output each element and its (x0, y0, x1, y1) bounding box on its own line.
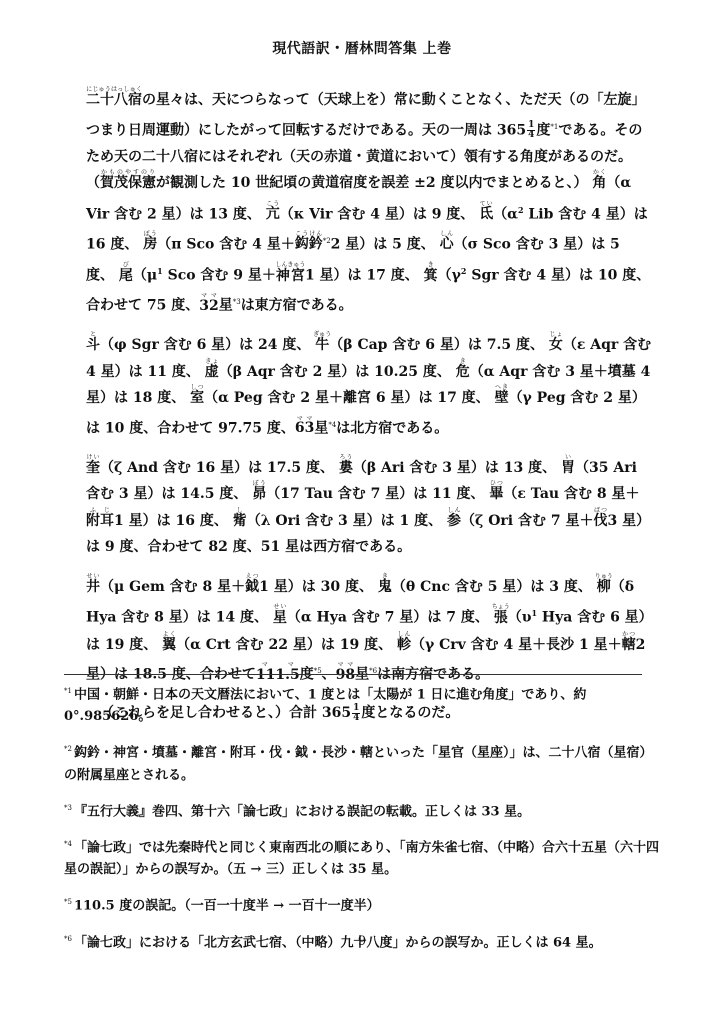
mansion-name: 室しつ (190, 390, 204, 406)
asterism-name: 伐ばつ (593, 513, 607, 529)
footnote-3: *3『五行大義』巻四、第十六「論七政」における誤記の転載。正しくは 33 星。 (64, 797, 664, 823)
footnote-separator (64, 674, 642, 675)
mansion-name: 鬼き (378, 579, 392, 595)
mansion-name: 柳りゅう (597, 579, 611, 595)
mansion-name: 胃い (561, 460, 575, 476)
mansion-name: 虚きょ (205, 364, 219, 380)
paragraph-west: 奎けい（ζ And 含む 16 星）は 17.5 度、 婁ろう（β Ari 含む… (86, 454, 652, 561)
mansion-name: 軫しん (397, 637, 411, 653)
term-kamo-yasunori: 賀茂保憲かものやすのり (100, 175, 156, 191)
mansion-name: 牛ぎゅう (315, 337, 329, 353)
mansion-name: 亢こう (266, 206, 280, 222)
mansion-name: 参しん (447, 513, 461, 529)
number-365: 365 (497, 122, 526, 138)
asterism-name: 鉞えつ (245, 579, 259, 595)
page-number: 9 (0, 934, 724, 949)
footnote-5: *5110.5 度の誤記。（一百一十度半 → 一百十一度半） (64, 891, 664, 917)
mansion-name: 翼よく (162, 637, 176, 653)
mansion-name: 心しん (440, 236, 454, 252)
mansion-name: 氐てい (479, 206, 493, 222)
mansion-name: 昴ぼう (252, 486, 266, 502)
footnote-ref-2[interactable]: *2 (323, 237, 331, 245)
asterism-name: 轄かつ (622, 637, 636, 653)
asterism-name: 神宮しんきゅう (276, 268, 305, 284)
mansion-name: 畢ひつ (489, 486, 503, 502)
mansion-name: 張ちょう (494, 610, 508, 626)
mansion-name: 觜し (233, 513, 247, 529)
footnote-ref-3[interactable]: *3 (233, 298, 241, 306)
mansion-name: 奎けい (86, 460, 100, 476)
mansion-name: 婁ろう (339, 460, 353, 476)
paragraph-north: 斗と（φ Sgr 含む 6 星）は 24 度、 牛ぎゅう（β Cap 含む 6 … (86, 331, 652, 442)
mansion-name: 角かく (592, 175, 606, 191)
footnote-4: *4「論七政」では先秦時代と同じく東南西北の順にあり、「南方朱雀七宿、（中略）合… (64, 833, 664, 881)
paragraph-south: 井せい（μ Gem 含む 8 星＋鉞えつ1 星）は 30 度、 鬼き（θ Cnc… (86, 573, 652, 688)
footnote-2: *2鈎鈐・神宮・墳墓・離宮・附耳・伐・鉞・長沙・轄といった「星官（星座）」は、二… (64, 738, 664, 786)
asterism-name: 附耳ふじ (86, 513, 114, 529)
mansion-name: 危き (456, 364, 470, 380)
mansion-name: 井せい (86, 579, 100, 595)
running-header: 現代語訳・暦林問答集 上巻 (0, 38, 724, 58)
main-text: 二十八宿にじゅうはっしゅくの星々は、天につらなって（天球上を）常に動くことなく、… (86, 86, 652, 739)
mansion-name: 星せい (273, 610, 287, 626)
term-nijuhasshuku: 二十八宿にじゅうはっしゅく (86, 92, 142, 108)
fraction-quarter: 14 (527, 121, 535, 140)
mansion-name: 尾び (119, 268, 133, 284)
sic-mark: 63ママ (295, 420, 314, 436)
mansion-name: 壁へき (495, 390, 509, 406)
footnotes: *1中国・朝鮮・日本の天文暦法において、1 度とは「太陽が 1 日に進む角度」で… (64, 680, 664, 964)
asterism-name: 鈎鈐こうけん (295, 236, 323, 252)
mansion-name: 箕き (424, 268, 438, 284)
mansion-name: 房ぼう (143, 236, 157, 252)
sic-mark: 32ママ (199, 298, 218, 314)
paragraph-east: 二十八宿にじゅうはっしゅくの星々は、天につらなって（天球上を）常に動くことなく、… (86, 86, 652, 319)
mansion-name: 斗と (86, 337, 100, 353)
footnote-1: *1中国・朝鮮・日本の天文暦法において、1 度とは「太陽が 1 日に進む角度」で… (64, 680, 664, 728)
text-run: が観測した 10 世紀頃の黄道宿度を誤差 ±2 度以内でまとめると、） (156, 175, 587, 191)
mansion-name: 女じょ (549, 337, 563, 353)
